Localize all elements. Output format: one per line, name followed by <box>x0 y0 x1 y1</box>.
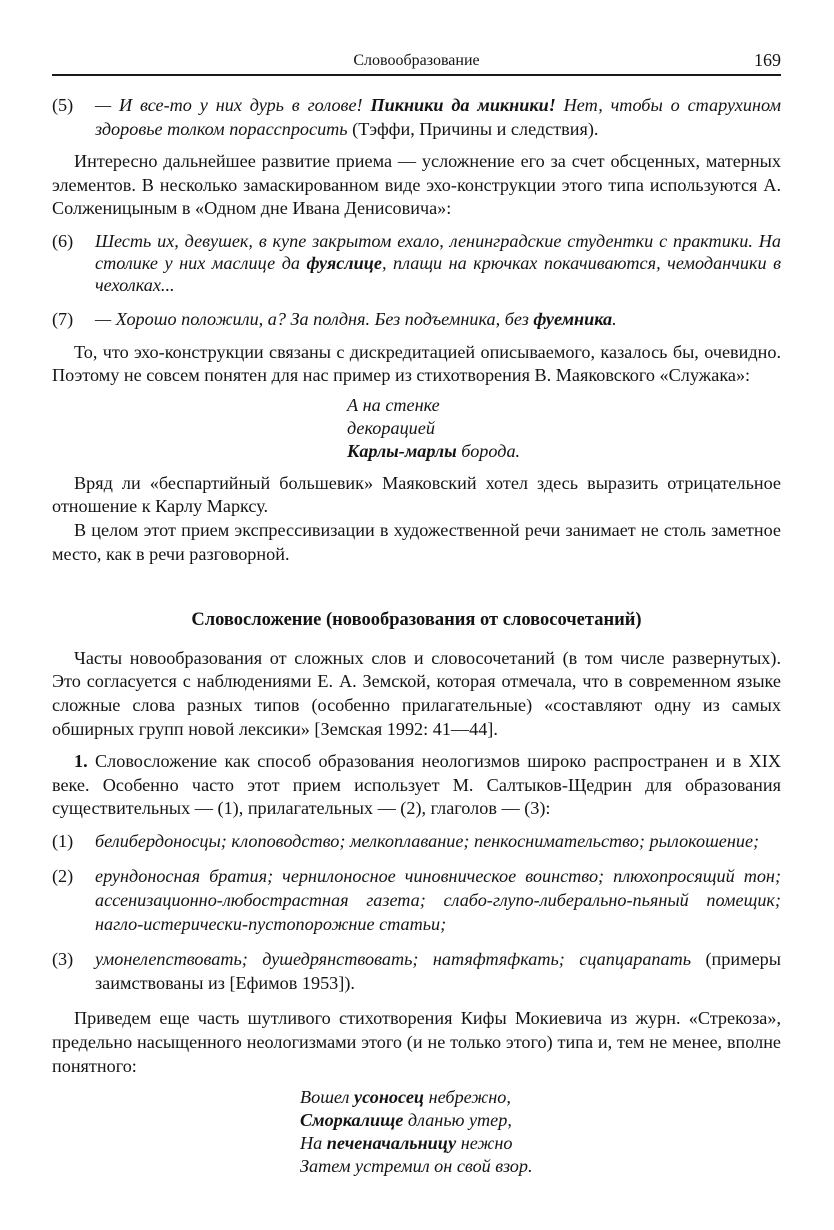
poem-text-part: На <box>300 1133 327 1153</box>
example-highlight: фуемника <box>533 309 612 329</box>
poem-line: декорацией <box>347 417 781 440</box>
paragraph: Приведем еще часть шутливого стихотворен… <box>52 1007 781 1078</box>
poem-highlight: печеначальницу <box>327 1133 456 1153</box>
list-number: (3) <box>52 948 95 995</box>
list-item-3: (3) умонелепствовать; душедрянствовать; … <box>52 948 781 995</box>
example-number: (6) <box>52 230 95 296</box>
list-text-italic: умонелепствовать; душедрянствовать; натя… <box>95 949 691 969</box>
paragraph: В целом этот прием экспрессивизации в ху… <box>52 519 781 566</box>
poem-line: Затем устремил он свой взор. <box>300 1155 781 1178</box>
poem-line: А на стенке <box>347 394 781 417</box>
example-text-part: — И все-то у них дурь в голове! <box>95 95 370 115</box>
book-page: Словообразование 169 (5) — И все-то у ни… <box>52 46 781 1178</box>
page-number: 169 <box>754 50 781 71</box>
list-number: (1) <box>52 830 95 854</box>
example-highlight: фуяслице <box>307 253 382 273</box>
example-highlight: Пикники да микники! <box>370 95 555 115</box>
poem-line: Вошел усоносец небрежно, <box>300 1086 781 1109</box>
list-item-1: (1) белибердоносцы; клоповодство; мелкоп… <box>52 830 781 854</box>
example-text: — И все-то у них дурь в голове! Пикники … <box>95 94 781 141</box>
list-text: умонелепствовать; душедрянствовать; натя… <box>95 948 781 995</box>
paragraph: То, что эхо-конструкции связаны с дискре… <box>52 341 781 388</box>
example-text-part: . <box>612 309 617 329</box>
poem-text-part: небрежно, <box>424 1087 511 1107</box>
paragraph: Часты новообразования от сложных слов и … <box>52 647 781 741</box>
section-heading: Словосложение (новообразования от словос… <box>52 609 781 633</box>
poem-line: Карлы-марлы борода. <box>347 440 781 463</box>
poem-line: Сморкалище дланью утер, <box>300 1109 781 1132</box>
paragraph-numbered: 1. Словосложение как способ образования … <box>52 750 781 821</box>
paragraph-text: Словосложение как способ образования нео… <box>52 751 781 818</box>
page-content: (5) — И все-то у них дурь в голове! Пикн… <box>52 94 781 1178</box>
poem-highlight: Сморкалище <box>300 1110 403 1130</box>
poem-text-part: Вошел <box>300 1087 354 1107</box>
example-6: (6) Шесть их, девушек, в купе закрытом е… <box>52 230 781 296</box>
list-text: ерундоносная братия; чернилоносное чинов… <box>95 865 781 936</box>
paragraph-number: 1. <box>74 751 88 771</box>
poem-text-part: борода. <box>457 441 520 461</box>
example-source: (Тэффи, Причины и следствия). <box>352 119 598 139</box>
running-title: Словообразование <box>52 52 781 70</box>
example-number: (5) <box>52 94 95 141</box>
paragraph: Интересно дальнейшее развитие приема — у… <box>52 150 781 221</box>
paragraph: Вряд ли «беспартийный большевик» Маяковс… <box>52 472 781 519</box>
list-item-2: (2) ерундоносная братия; чернилоносное ч… <box>52 865 781 936</box>
poem-quote-mayakovsky: А на стенке декорацией Карлы-марлы бород… <box>347 394 781 463</box>
poem-line: На печеначальницу нежно <box>300 1132 781 1155</box>
poem-highlight: Карлы-марлы <box>347 441 457 461</box>
example-text: Шесть их, девушек, в купе закрытом ехало… <box>95 230 781 296</box>
poem-quote-strekoza: Вошел усоносец небрежно, Сморкалище длан… <box>300 1086 781 1178</box>
example-text: — Хорошо положили, а? За полдня. Без под… <box>95 308 781 332</box>
list-text: белибердоносцы; клоповодство; мелкоплава… <box>95 830 781 854</box>
example-number: (7) <box>52 308 95 332</box>
example-text-part: — Хорошо положили, а? За полдня. Без под… <box>95 309 533 329</box>
poem-text-part: дланью утер, <box>403 1110 512 1130</box>
poem-highlight: усоносец <box>354 1087 424 1107</box>
list-number: (2) <box>52 865 95 936</box>
running-head: Словообразование 169 <box>52 46 781 76</box>
example-7: (7) — Хорошо положили, а? За полдня. Без… <box>52 308 781 332</box>
poem-text-part: нежно <box>456 1133 512 1153</box>
example-5: (5) — И все-то у них дурь в голове! Пикн… <box>52 94 781 141</box>
